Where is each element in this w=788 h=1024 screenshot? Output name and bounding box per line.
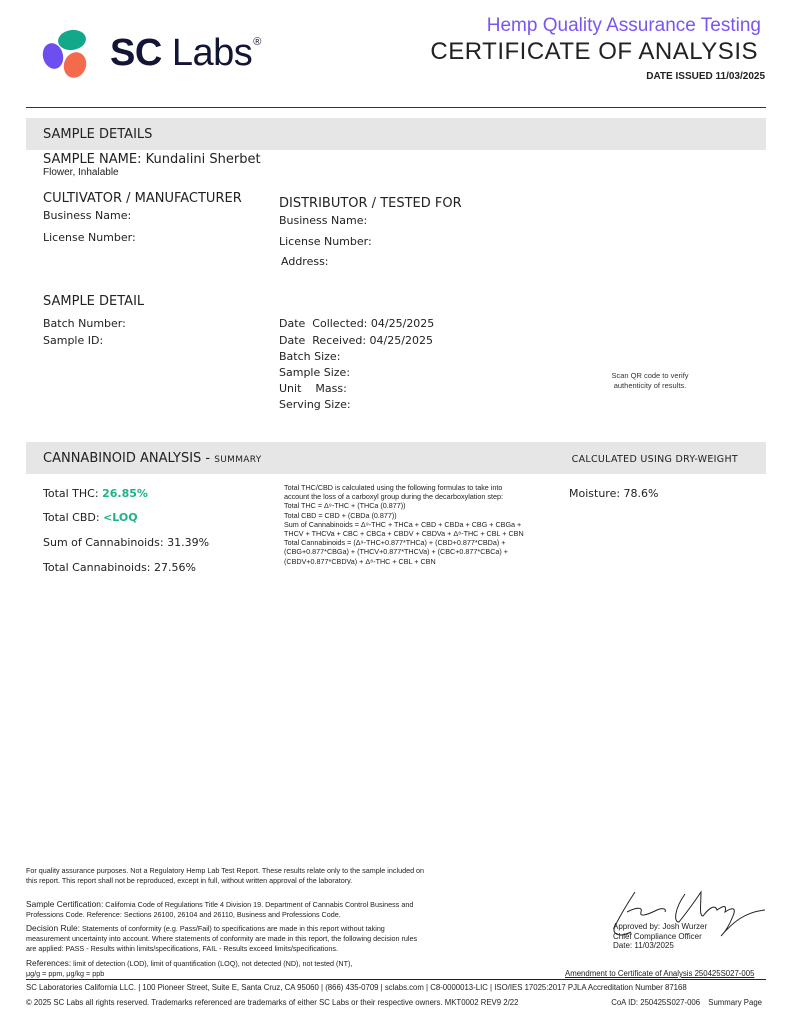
coa-id-line: CoA ID: 250425S027-006 Summary Page bbox=[611, 998, 762, 1007]
sample-type: Flower, Inhalable bbox=[43, 167, 119, 178]
sc-labs-logo: SC Labs® bbox=[40, 28, 260, 80]
cannabinoid-title-sub: SUMMARY bbox=[214, 455, 261, 465]
page-label: Summary Page bbox=[708, 998, 762, 1007]
formula-line: THCV + THCVa + CBC + CBCa + CBDV + CBDVa… bbox=[284, 529, 556, 538]
disclaimer: For quality assurance purposes. Not a Re… bbox=[26, 866, 426, 886]
qr-note-line-2: authenticity of results. bbox=[602, 381, 698, 391]
total-cbd-label: Total CBD: bbox=[43, 511, 100, 524]
total-cannabinoids: Total Cannabinoids: 27.56% bbox=[43, 561, 196, 574]
total-thc: Total THC: 26.85% bbox=[43, 487, 148, 500]
distributor-license-label: License Number: bbox=[279, 235, 372, 248]
date-issued: DATE ISSUED 11/03/2025 bbox=[646, 71, 765, 82]
cultivator-license-label: License Number: bbox=[43, 231, 136, 244]
date-collected: Date Collected: 04/25/2025 bbox=[279, 317, 434, 330]
moisture-label: Moisture: bbox=[569, 487, 620, 500]
total-cbd-value: <LOQ bbox=[103, 511, 138, 524]
total-thc-label: Total THC: bbox=[43, 487, 99, 500]
formula-line: Sum of Cannabinoids = Δ⁹-THC + THCa + CB… bbox=[284, 520, 556, 529]
batch-size-label: Batch Size: bbox=[279, 350, 340, 363]
formula-line: Total Cannabinoids = (Δ⁹-THC+0.877*THCa)… bbox=[284, 538, 556, 547]
copyright-line: © 2025 SC Labs all rights reserved. Trad… bbox=[26, 998, 518, 1007]
report-subtitle: Hemp Quality Assurance Testing bbox=[487, 15, 761, 37]
references-text: limit of detection (LOD), limit of quant… bbox=[73, 959, 352, 968]
decision-rule: Decision Rule: Statements of conformity … bbox=[26, 923, 428, 955]
coa-id: CoA ID: 250425S027-006 bbox=[611, 998, 700, 1007]
date-collected-label: Date Collected: bbox=[279, 317, 367, 330]
date-collected-value: 04/25/2025 bbox=[371, 317, 434, 330]
formula-line: Total CBD = CBD + (CBDa (0.877)) bbox=[284, 511, 556, 520]
serving-size-label: Serving Size: bbox=[279, 398, 351, 411]
date-received-label: Date Received: bbox=[279, 334, 366, 347]
formula-line: account the loss of a carboxyl group dur… bbox=[284, 492, 556, 501]
lab-address-line: SC Laboratories California LLC. | 100 Pi… bbox=[26, 983, 687, 992]
total-thc-value: 26.85% bbox=[102, 487, 148, 500]
total-cbd: Total CBD: <LOQ bbox=[43, 511, 138, 524]
unit-mass-label: Unit Mass: bbox=[279, 382, 347, 395]
sample-id-label: Sample ID: bbox=[43, 334, 103, 347]
logo-wordmark: SC Labs® bbox=[110, 32, 261, 75]
references-units: μg/g = ppm, μg/kg = ppb bbox=[26, 969, 426, 979]
sample-details-title: SAMPLE DETAILS bbox=[43, 127, 152, 142]
sample-name-value: Kundalini Sherbet bbox=[146, 152, 261, 167]
sample-certification: Sample Certification: California Code of… bbox=[26, 899, 426, 920]
sample-name: SAMPLE NAME: Kundalini Sherbet bbox=[43, 152, 261, 167]
distributor-heading: DISTRIBUTOR / TESTED FOR bbox=[279, 196, 462, 211]
references: References: limit of detection (LOD), li… bbox=[26, 958, 426, 979]
sample-name-label: SAMPLE NAME: bbox=[43, 152, 141, 167]
moisture-value: 78.6% bbox=[624, 487, 659, 500]
total-cannabinoids-label: Total Cannabinoids: bbox=[43, 561, 151, 574]
sum-label: Sum of Cannabinoids: bbox=[43, 536, 164, 549]
report-title: CERTIFICATE OF ANALYSIS bbox=[430, 38, 758, 66]
sum-value: 31.39% bbox=[167, 536, 209, 549]
formula-line: Total THC = Δ⁹-THC + (THCa (0.877)) bbox=[284, 501, 556, 510]
moisture: Moisture: 78.6% bbox=[569, 487, 659, 500]
decision-rule-label: Decision Rule: bbox=[26, 923, 80, 933]
sum-of-cannabinoids: Sum of Cannabinoids: 31.39% bbox=[43, 536, 209, 549]
formula-explanation: Total THC/CBD is calculated using the fo… bbox=[284, 483, 556, 566]
decision-rule-text: Statements of conformity (e.g. Pass/Fail… bbox=[26, 924, 417, 953]
formula-line: Total THC/CBD is calculated using the fo… bbox=[284, 483, 556, 492]
date-received: Date Received: 04/25/2025 bbox=[279, 334, 433, 347]
qr-note-line-1: Scan QR code to verify bbox=[602, 371, 698, 381]
sample-detail-heading: SAMPLE DETAIL bbox=[43, 294, 144, 309]
qr-verify-note: Scan QR code to verify authenticity of r… bbox=[602, 371, 698, 390]
sample-cert-label: Sample Certification: bbox=[26, 899, 103, 909]
total-cannabinoids-value: 27.56% bbox=[154, 561, 196, 574]
cannabinoid-title: CANNABINOID ANALYSIS - SUMMARY bbox=[43, 451, 262, 466]
date-received-value: 04/25/2025 bbox=[370, 334, 433, 347]
cultivator-business-name-label: Business Name: bbox=[43, 209, 131, 222]
cultivator-heading: CULTIVATOR / MANUFACTURER bbox=[43, 191, 242, 206]
references-label: References: bbox=[26, 958, 71, 968]
formula-line: (CBG+0.877*CBGa) + (THCV+0.877*THCVa) + … bbox=[284, 547, 556, 556]
approver-title: Chief Compliance Officer bbox=[613, 932, 707, 942]
amendment-note: Amendment to Certificate of Analysis 250… bbox=[565, 969, 754, 978]
formula-line: (CBDV+0.877*CBDVa) + Δ⁸-THC + CBL + CBN bbox=[284, 557, 556, 566]
approval-block: Approved by: Josh Wurzer Chief Complianc… bbox=[613, 922, 707, 951]
logo-mark-icon bbox=[40, 28, 100, 80]
distributor-business-name-label: Business Name: bbox=[279, 214, 367, 227]
approval-date: Date: 11/03/2025 bbox=[613, 941, 707, 951]
dry-weight-note: CALCULATED USING DRY-WEIGHT bbox=[572, 454, 738, 465]
distributor-address-label: Address: bbox=[281, 255, 329, 268]
sample-size-label: Sample Size: bbox=[279, 366, 350, 379]
approved-by: Approved by: Josh Wurzer bbox=[613, 922, 707, 932]
cannabinoid-title-main: CANNABINOID ANALYSIS - bbox=[43, 451, 210, 466]
footer-divider bbox=[26, 979, 766, 980]
header-divider bbox=[26, 107, 766, 108]
batch-number-label: Batch Number: bbox=[43, 317, 126, 330]
